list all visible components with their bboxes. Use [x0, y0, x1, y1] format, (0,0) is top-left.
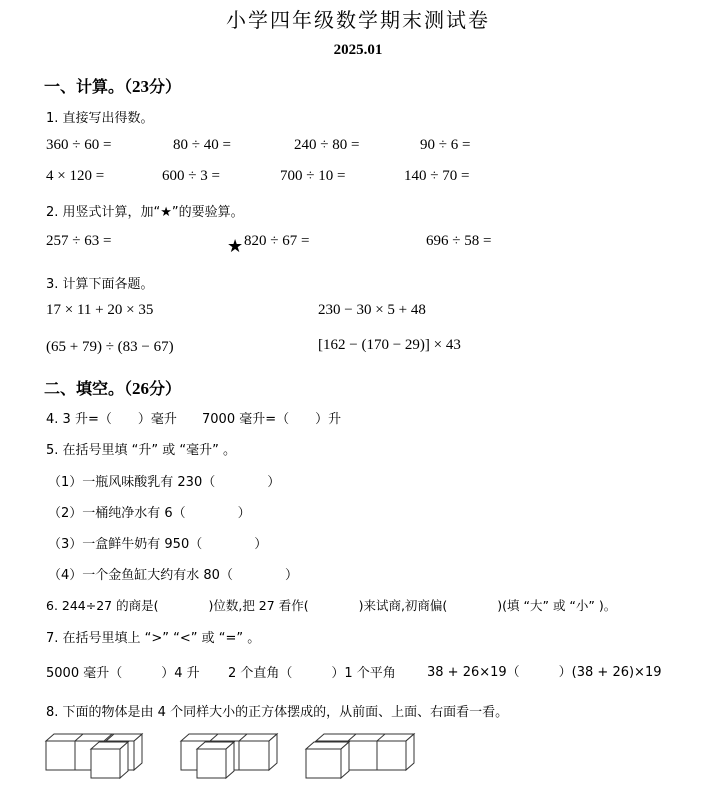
q7-item: 5000 毫升（ ）4 升: [46, 662, 200, 681]
cube-figure-3: [304, 730, 424, 780]
q1-item: 360 ÷ 60 =: [46, 137, 111, 154]
question-4-part2: 7000 毫升=（ ）升: [202, 408, 341, 427]
q7-item: 2 个直角（ ）1 个平角: [228, 662, 396, 681]
q3-item: 17 × 11 + 20 × 35: [46, 302, 153, 319]
q3-item: 230 − 30 × 5 + 48: [318, 302, 426, 319]
section-heading-prefix: 一、计算。（: [44, 77, 132, 96]
section-heading-calculation: 一、计算。（23分）: [44, 74, 181, 97]
q1-item: 240 ÷ 80 =: [294, 137, 359, 154]
question-3-label: 3. 计算下面各题。: [46, 273, 154, 292]
question-4-part1: 4. 3 升=（ ）毫升: [46, 408, 177, 427]
q5-item: （2）一桶纯净水有 6（ ）: [48, 502, 251, 521]
question-7-label: 7. 在括号里填上 “>” “<” 或 “=” 。: [46, 627, 260, 646]
q5-item: （1）一瓶风味酸乳有 230（ ）: [48, 471, 280, 490]
q2-item: 257 ÷ 63 =: [46, 233, 111, 250]
question-8-label: 8. 下面的物体是由 4 个同样大小的正方体摆成的，从前面、上面、右面看一看。: [46, 701, 508, 720]
q1-item: 140 ÷ 70 =: [404, 168, 469, 185]
q7-item: 38 + 26×19（ ）(38 + 26)×19: [427, 661, 662, 680]
section-score: 23: [132, 77, 149, 96]
q2-item: 820 ÷ 67 =: [244, 233, 309, 250]
section-heading-suffix: 分）: [149, 379, 181, 398]
q1-item: 80 ÷ 40 =: [173, 137, 231, 154]
section-score: 26: [132, 379, 149, 398]
page-title: 小学四年级数学期末测试卷: [0, 4, 716, 33]
q5-item: （4）一个金鱼缸大约有水 80（ ）: [48, 564, 298, 583]
q3-item: (65 + 79) ÷ (83 − 67): [46, 339, 174, 356]
question-5-label: 5. 在括号里填 “升” 或 “毫升” 。: [46, 439, 236, 458]
q2-item: 696 ÷ 58 =: [426, 233, 491, 250]
q3-item: [162 − (170 − 29)] × 43: [318, 337, 461, 354]
question-1-label: 1. 直接写出得数。: [46, 107, 154, 126]
cube-figure-2: [179, 730, 289, 780]
section-heading-suffix: 分）: [149, 77, 181, 96]
q1-item: 90 ÷ 6 =: [420, 137, 470, 154]
q5-item: （3）一盒鲜牛奶有 950（ ）: [48, 533, 267, 552]
star-icon: ★: [227, 236, 243, 257]
question-6: 6. 244÷27 的商是( )位数,把 27 看作( )来试商,初商偏( )(…: [46, 596, 616, 614]
q1-item: 600 ÷ 3 =: [162, 168, 220, 185]
section-heading-fill-in: 二、填空。（26分）: [44, 376, 181, 399]
section-heading-prefix: 二、填空。（: [44, 379, 132, 398]
cube-figure-1: [44, 730, 164, 780]
question-2-label: 2. 用竖式计算，加“★”的要验算。: [46, 201, 244, 220]
exam-date: 2025.01: [0, 42, 716, 59]
q1-item: 4 × 120 =: [46, 168, 104, 185]
q1-item: 700 ÷ 10 =: [280, 168, 345, 185]
